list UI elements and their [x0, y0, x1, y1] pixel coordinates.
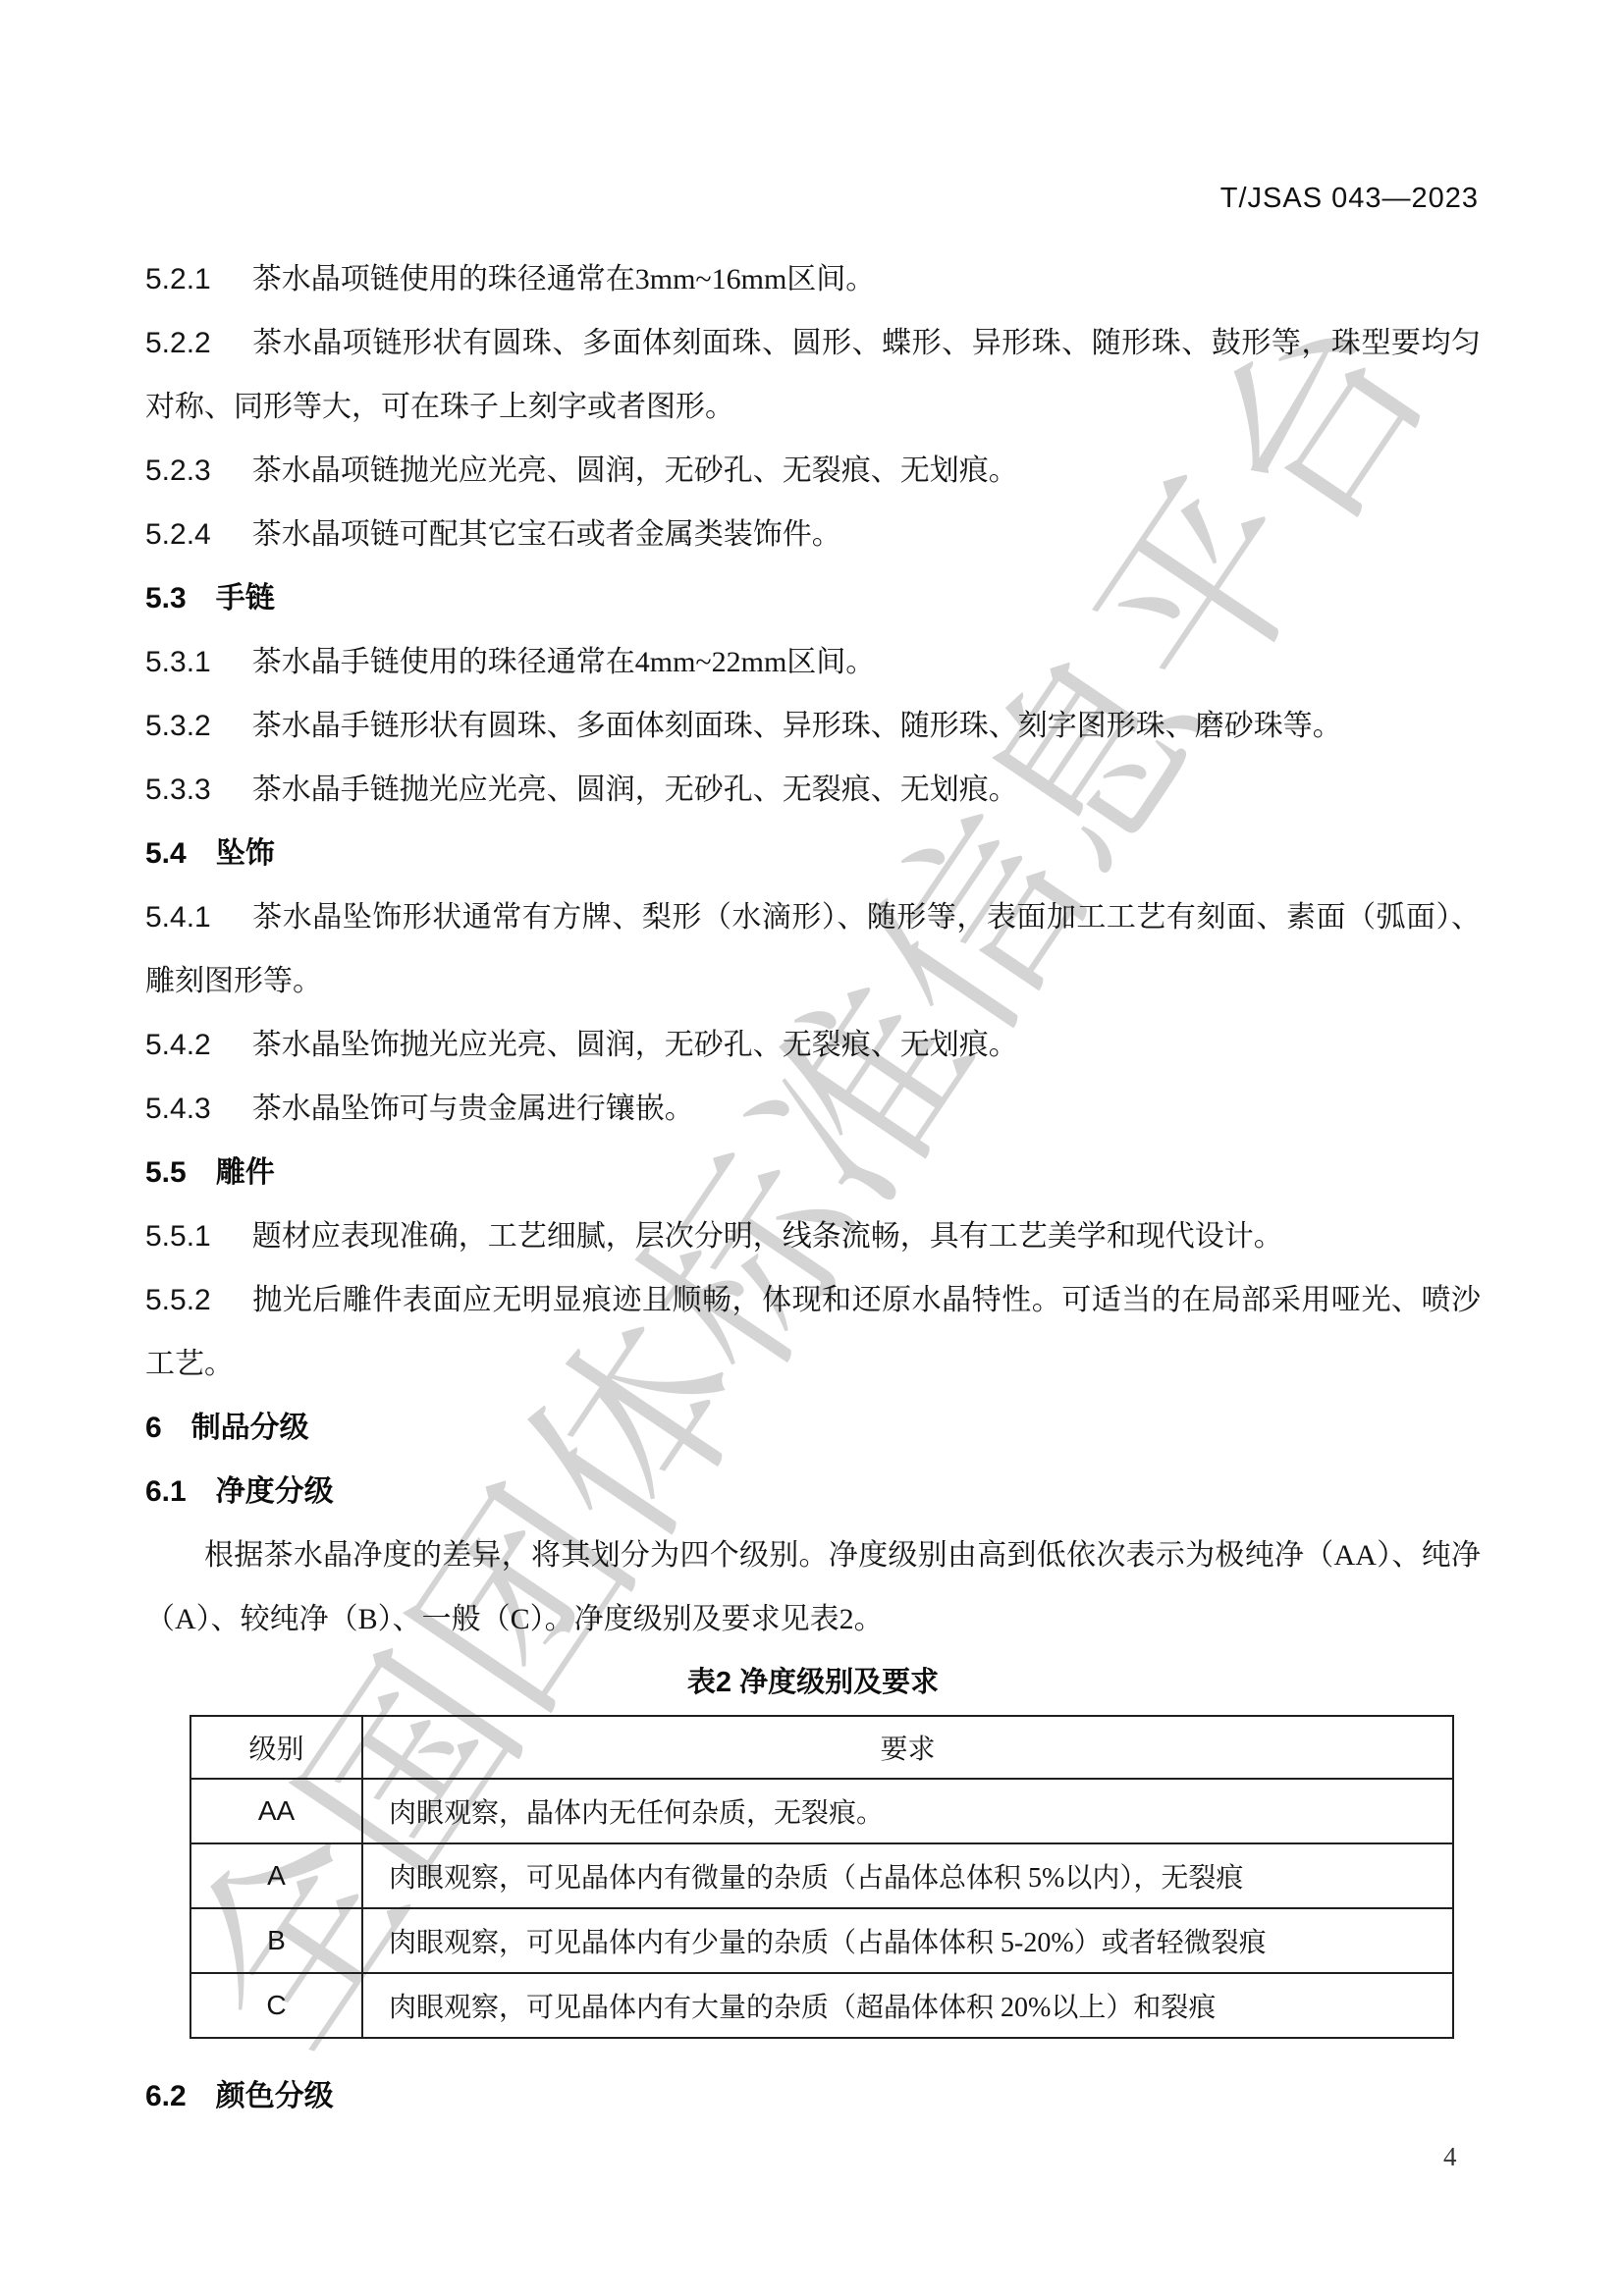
- section-heading-6: 6制品分级: [145, 1396, 1481, 1460]
- clause-number: 5.2.1: [145, 263, 252, 295]
- clause-5-5-2: 5.5.2抛光后雕件表面应无明显痕迹且顺畅，体现和还原水晶特性。可适当的在局部采…: [145, 1268, 1481, 1396]
- clause-text: 茶水晶坠饰形状通常有方牌、梨形（水滴形）、随形等，表面加工工艺有刻面、素面（弧面…: [145, 901, 1481, 997]
- clause-number: 5.2.2: [145, 327, 252, 359]
- section-heading-5-4: 5.4坠饰: [145, 822, 1481, 885]
- clause-text: 题材应表现准确，工艺细腻，层次分明，线条流畅，具有工艺美学和现代设计。: [252, 1220, 1283, 1253]
- grade-requirement-cell: 肉眼观察，晶体内无任何杂质，无裂痕。: [362, 1779, 1453, 1843]
- clause-5-2-3: 5.2.3茶水晶项链抛光应光亮、圆润，无砂孔、无裂痕、无划痕。: [145, 439, 1481, 503]
- section-title: 净度分级: [216, 1475, 334, 1508]
- clause-number: 5.5.1: [145, 1220, 252, 1253]
- table-row: A 肉眼观察，可见晶体内有微量的杂质（占晶体总体积 5%以内），无裂痕: [190, 1843, 1453, 1908]
- clause-text: 抛光后雕件表面应无明显痕迹且顺畅，体现和还原水晶特性。可适当的在局部采用哑光、喷…: [145, 1284, 1481, 1380]
- clause-5-2-1: 5.2.1茶水晶项链使用的珠径通常在3mm~16mm区间。: [145, 247, 1481, 311]
- section-title: 手链: [216, 582, 275, 614]
- clause-number: 5.4.2: [145, 1029, 252, 1061]
- clause-5-5-1: 5.5.1题材应表现准确，工艺细腻，层次分明，线条流畅，具有工艺美学和现代设计。: [145, 1204, 1481, 1268]
- clause-number: 5.3.1: [145, 646, 252, 678]
- clarity-grade-table: 级别 要求 AA 肉眼观察，晶体内无任何杂质，无裂痕。 A 肉眼观察，可见晶体内…: [189, 1715, 1454, 2039]
- clause-5-4-1: 5.4.1茶水晶坠饰形状通常有方牌、梨形（水滴形）、随形等，表面加工工艺有刻面、…: [145, 885, 1481, 1013]
- clause-number: 5.2.3: [145, 454, 252, 487]
- grade-level-cell: B: [190, 1908, 362, 1973]
- table-header-level: 级别: [190, 1716, 362, 1779]
- clause-5-3-3: 5.3.3茶水晶手链抛光应光亮、圆润，无砂孔、无裂痕、无划痕。: [145, 758, 1481, 822]
- clause-text: 茶水晶项链抛光应光亮、圆润，无砂孔、无裂痕、无划痕。: [252, 454, 1018, 487]
- section-number: 5.5: [145, 1156, 216, 1189]
- clause-number: 5.2.4: [145, 518, 252, 551]
- table-2-caption: 表2 净度级别及要求: [145, 1651, 1481, 1715]
- clause-number: 5.4.1: [145, 901, 252, 934]
- clause-text: 茶水晶手链形状有圆珠、多面体刻面珠、异形珠、随形珠、刻字图形珠、磨砂珠等。: [252, 710, 1342, 742]
- clause-text: 茶水晶手链抛光应光亮、圆润，无砂孔、无裂痕、无划痕。: [252, 774, 1018, 806]
- section-heading-5-3: 5.3手链: [145, 566, 1481, 630]
- clarity-grading-paragraph: 根据茶水晶净度的差异，将其划分为四个级别。净度级别由高到低依次表示为极纯净（AA…: [145, 1523, 1481, 1651]
- grade-requirement-cell: 肉眼观察，可见晶体内有微量的杂质（占晶体总体积 5%以内），无裂痕: [362, 1843, 1453, 1908]
- clause-text: 茶水晶坠饰可与贵金属进行镶嵌。: [252, 1093, 694, 1125]
- grade-requirement-cell: 肉眼观察，可见晶体内有少量的杂质（占晶体体积 5-20%）或者轻微裂痕: [362, 1908, 1453, 1973]
- section-number: 6.2: [145, 2080, 216, 2112]
- page-number: 4: [1443, 2142, 1457, 2172]
- clause-text: 茶水晶项链形状有圆珠、多面体刻面珠、圆形、蝶形、异形珠、随形珠、鼓形等，珠型要均…: [145, 327, 1481, 423]
- clause-5-4-2: 5.4.2茶水晶坠饰抛光应光亮、圆润，无砂孔、无裂痕、无划痕。: [145, 1013, 1481, 1077]
- table-header-row: 级别 要求: [190, 1716, 1453, 1779]
- clause-text: 茶水晶项链使用的珠径通常在3mm~16mm区间。: [252, 263, 876, 295]
- clause-5-2-4: 5.2.4茶水晶项链可配其它宝石或者金属类装饰件。: [145, 503, 1481, 566]
- grade-level-cell: C: [190, 1973, 362, 2038]
- clause-number: 5.3.2: [145, 710, 252, 742]
- table-row: B 肉眼观察，可见晶体内有少量的杂质（占晶体体积 5-20%）或者轻微裂痕: [190, 1908, 1453, 1973]
- section-heading-6-1: 6.1净度分级: [145, 1460, 1481, 1523]
- table-header-requirement: 要求: [362, 1716, 1453, 1779]
- section-title: 雕件: [216, 1156, 275, 1189]
- clause-number: 5.5.2: [145, 1284, 252, 1316]
- section-number: 6.1: [145, 1475, 216, 1508]
- grade-requirement-cell: 肉眼观察，可见晶体内有大量的杂质（超晶体体积 20%以上）和裂痕: [362, 1973, 1453, 2038]
- section-title: 坠饰: [216, 837, 275, 870]
- standard-number-header: T/JSAS 043—2023: [1220, 183, 1479, 215]
- document-page: 全国团体标准信息平台 T/JSAS 043—2023 5.2.1茶水晶项链使用的…: [0, 0, 1624, 2296]
- table-row: AA 肉眼观察，晶体内无任何杂质，无裂痕。: [190, 1779, 1453, 1843]
- section-number: 5.3: [145, 582, 216, 614]
- clause-5-4-3: 5.4.3茶水晶坠饰可与贵金属进行镶嵌。: [145, 1077, 1481, 1141]
- grade-level-cell: AA: [190, 1779, 362, 1843]
- clause-text: 茶水晶项链可配其它宝石或者金属类装饰件。: [252, 518, 841, 551]
- clause-number: 5.4.3: [145, 1093, 252, 1125]
- clause-text: 茶水晶手链使用的珠径通常在4mm~22mm区间。: [252, 646, 876, 678]
- clause-5-2-2: 5.2.2茶水晶项链形状有圆珠、多面体刻面珠、圆形、蝶形、异形珠、随形珠、鼓形等…: [145, 311, 1481, 439]
- clause-number: 5.3.3: [145, 774, 252, 806]
- section-title: 颜色分级: [216, 2080, 334, 2112]
- clause-5-3-1: 5.3.1茶水晶手链使用的珠径通常在4mm~22mm区间。: [145, 630, 1481, 694]
- clause-text: 茶水晶坠饰抛光应光亮、圆润，无砂孔、无裂痕、无划痕。: [252, 1029, 1018, 1061]
- clause-5-3-2: 5.3.2茶水晶手链形状有圆珠、多面体刻面珠、异形珠、随形珠、刻字图形珠、磨砂珠…: [145, 694, 1481, 758]
- grade-level-cell: A: [190, 1843, 362, 1908]
- table-row: C 肉眼观察，可见晶体内有大量的杂质（超晶体体积 20%以上）和裂痕: [190, 1973, 1453, 2038]
- section-number: 5.4: [145, 837, 216, 870]
- page-content: 5.2.1茶水晶项链使用的珠径通常在3mm~16mm区间。 5.2.2茶水晶项链…: [145, 247, 1481, 2128]
- section-heading-6-2: 6.2颜色分级: [145, 2064, 1481, 2128]
- section-number: 6: [145, 1412, 191, 1444]
- section-heading-5-5: 5.5雕件: [145, 1141, 1481, 1204]
- section-title: 制品分级: [191, 1412, 309, 1444]
